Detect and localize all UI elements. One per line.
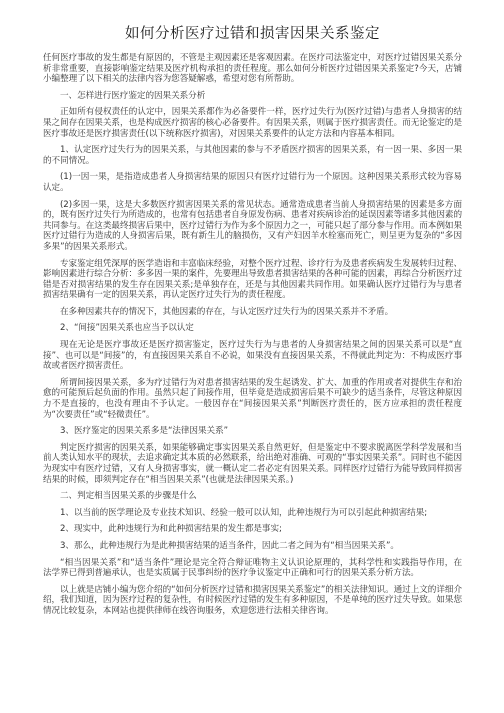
- subheading: 2、“间接”因果关系也应当予以认定: [43, 323, 462, 334]
- paragraph: 现在无论是医疗事故还是医疗损害鉴定，医疗过失行为与患者的人身损害结果之间的因果关…: [43, 340, 462, 372]
- document-page: 如何分析医疗过错和损害因果关系鉴定 任何医疗事故的发生都是有原因的，不管是主观因…: [43, 24, 462, 623]
- paragraph: 1、认定医疗过失行为的因果关系，与其他因素的参与不矛盾医疗损害的因果关系，有一因…: [43, 145, 462, 166]
- paragraph: 正如所有侵权责任的认定中，因果关系都作为必备要件一样，医疗过失行为(医疗过错)与…: [43, 107, 462, 139]
- document-title: 如何分析医疗过错和损害因果关系鉴定: [43, 24, 462, 44]
- document-body: 任何医疗事故的发生都是有原因的，不管是主观因素还是客观因素。在医疗司法鉴定中，对…: [43, 53, 462, 617]
- paragraph: (2)多因一果，这是大多数医疗损害因果关系的常见状态。通常造成患者当前人身损害结…: [43, 200, 462, 253]
- section-heading-2: 二、判定相当因果关系的步骤是什么: [43, 491, 462, 502]
- paragraph-conclusion: 以上就是店铺小编为您介绍的“如何分析医疗过错和损害因果关系鉴定”的相关法律知识。…: [43, 585, 462, 617]
- section-heading-1: 一、怎样进行医疗鉴定的因果关系分析: [43, 91, 462, 102]
- paragraph: 在多种因素共存的情况下，其他因素的存在，与认定医疗过失行为的因果关系并不矛盾。: [43, 307, 462, 318]
- subheading: 3、医疗鉴定的因果关系多是“法律因果关系”: [43, 426, 462, 437]
- list-item: 3、那么，此种违规行为是此种损害结果的适当条件，因此二者之间为有“相当因果关系”…: [43, 541, 462, 552]
- list-item: 2、现实中，此种违规行为和此种损害结果的发生都是事实;: [43, 524, 462, 535]
- paragraph: 判定医疗损害的因果关系，如果能够确定事实因果关系自然更好，但是鉴定中不要求脱离医…: [43, 443, 462, 485]
- paragraph: “相当因果关系”和“适当条件”理论是完全符合辩证唯物主义认识论原理的，其科学性和…: [43, 558, 462, 579]
- paragraph: 专家鉴定组凭深厚的医学造诣和丰富临床经验，对整个医疗过程、诊疗行为及患者疾病发生…: [43, 259, 462, 301]
- paragraph: 所谓间接因果关系，多为疗过错行为对患者损害结果的发生起诱发、扩大、加重的作用或者…: [43, 378, 462, 420]
- paragraph: (1)一因一果，是指造成患者人身损害结果的原因只有医疗过错行为一个原因。这种因果…: [43, 172, 462, 193]
- paragraph-intro: 任何医疗事故的发生都是有原因的，不管是主观因素还是客观因素。在医疗司法鉴定中，对…: [43, 53, 462, 85]
- list-item: 1、以当前的医学理论及专业技术知识、经验一般可以认知，此种违规行为可以引起此种损…: [43, 508, 462, 519]
